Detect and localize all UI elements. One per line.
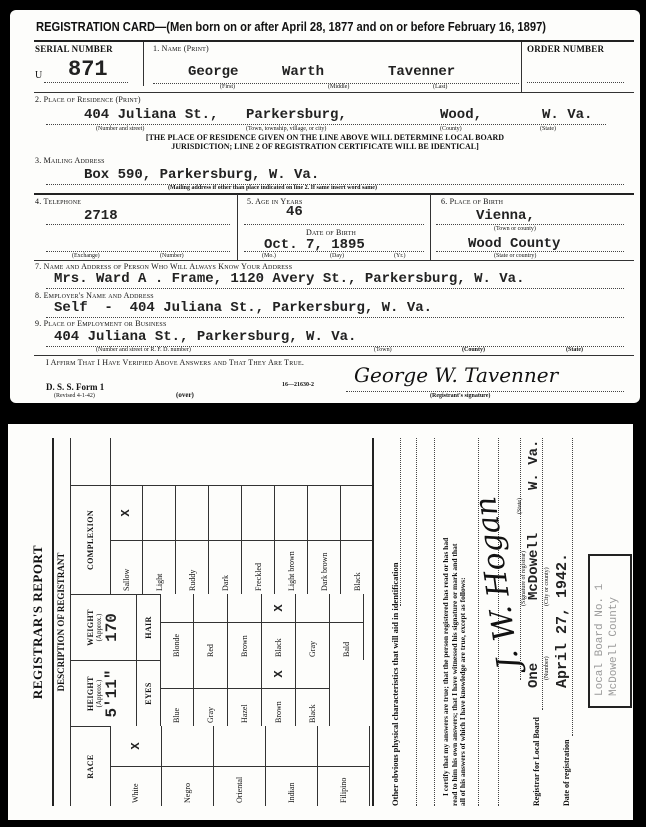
race-option-row: Negro	[162, 726, 214, 806]
dob-label: Date of Birth	[306, 228, 356, 237]
stamp-line-1: Local Board No. 1	[594, 584, 606, 696]
employment-street-caption: (Number and street or R. F. D. number)	[96, 347, 191, 353]
residence-street-caption: (Number and street)	[96, 126, 144, 132]
hair-option-label: Black	[262, 622, 295, 660]
complexion-option-row: Black	[341, 486, 374, 594]
board-state: W. Va.	[526, 440, 542, 490]
race-option-row: WhiteX	[110, 726, 162, 806]
eyes-option-row: Blue	[160, 660, 194, 726]
affirmation-text: I Affirm That I Have Verified Above Answ…	[46, 358, 304, 367]
contact-value: Mrs. Ward A . Frame, 1120 Avery St., Par…	[54, 271, 524, 287]
complexion-option-row: Light	[143, 486, 176, 594]
weight-value: 170	[103, 613, 121, 642]
hair-option-row: BlackX	[262, 594, 296, 660]
over-note: (over)	[176, 391, 194, 399]
telephone-value: 2718	[84, 208, 118, 224]
residence-state-caption: (State)	[540, 126, 556, 132]
race-option-checkbox[interactable]: X	[129, 726, 143, 766]
complexion-option-label: Black	[341, 540, 373, 594]
race-option-label: Indian	[266, 766, 317, 806]
eyes-option-label: Brown	[262, 688, 295, 726]
hair-option-label: Red	[194, 622, 227, 660]
race-option-row: Oriental	[214, 726, 266, 806]
employment-county-caption: (County)	[462, 347, 485, 353]
board-county-caption: (City or county)	[544, 567, 550, 606]
birthplace-label: 6. Place of Birth	[441, 197, 503, 206]
eyes-option-label: Gray	[194, 688, 227, 726]
weight-label: WEIGHT	[86, 609, 95, 646]
name-last: Tavenner	[388, 64, 455, 80]
board-number: One	[526, 663, 542, 688]
hair-option-row: Red	[194, 594, 228, 660]
residence-county: Wood,	[440, 107, 482, 123]
dob-year-caption: (Yr.)	[394, 253, 406, 259]
report-subtitle: DESCRIPTION OF REGISTRANT	[56, 424, 66, 820]
residence-town: Parkersburg,	[246, 107, 347, 123]
form-revised: (Revised 4-1-42)	[54, 393, 95, 399]
weight-cell: WEIGHT (Approx.) 170	[70, 594, 136, 660]
stamp-line-2: McDowell County	[608, 597, 620, 696]
hair-option-label: Bald	[330, 622, 363, 660]
race-option-row: Filipino	[318, 726, 370, 806]
name-first: George	[188, 64, 238, 80]
name-label: 1. Name (Print)	[153, 44, 209, 53]
name-last-caption: (Last)	[433, 84, 447, 90]
residence-street: 404 Juliana St.,	[84, 107, 218, 123]
weight-sub: (Approx.)	[95, 614, 103, 642]
telephone-exchange-caption: (Exchange)	[72, 253, 100, 259]
board-state-caption: (State)	[517, 498, 523, 514]
eyes-option-row: Black	[296, 660, 330, 726]
complexion-option-label: Dark	[209, 540, 241, 594]
serial-number-label: SERIAL NUMBER	[35, 44, 113, 54]
residence-notice-line-1: [THE PLACE OF RESIDENCE GIVEN ON THE LIN…	[10, 133, 640, 142]
complexion-option-label: Sallow	[110, 540, 142, 594]
employer-label: 8. Employer's Name and Address	[35, 291, 154, 300]
registrar-label: Registrar for Local Board	[532, 717, 541, 806]
residence-notice-line-2: JURISDICTION; LINE 2 OF REGISTRATION CER…	[10, 142, 640, 151]
hair-option-label: Gray	[296, 622, 329, 660]
board-number-caption: (Number)	[544, 656, 550, 680]
signature-caption: (Registrant's signature)	[430, 393, 490, 399]
complexion-option-label: Freckled	[242, 540, 274, 594]
rotated-content: REGISTRAR'S REPORT DESCRIPTION OF REGIST…	[8, 424, 633, 820]
employment-value: 404 Juliana St., Parkersburg, W. Va.	[54, 329, 356, 345]
complexion-option-row: Dark	[209, 486, 242, 594]
race-option-label: Negro	[162, 766, 213, 806]
race-header: RACE	[70, 726, 110, 806]
order-number-label: ORDER NUMBER	[527, 44, 604, 54]
registration-card-front: REGISTRATION CARD—(Men born on or after …	[10, 10, 640, 403]
hair-option-checkbox[interactable]: X	[272, 594, 286, 622]
mailing-label: 3. Mailing Address	[35, 156, 105, 165]
complexion-option-label: Ruddy	[176, 540, 208, 594]
local-board-stamp: Local Board No. 1 McDowell County	[588, 554, 632, 708]
dob-day-caption: (Day)	[330, 253, 344, 259]
eyes-option-label: Hazel	[228, 688, 261, 726]
hair-option-label: Blonde	[160, 622, 193, 660]
date-value: April 27, 1942.	[554, 553, 571, 688]
residence-state: W. Va.	[542, 107, 592, 123]
eyes-option-row: Hazel	[228, 660, 262, 726]
eyes-option-label: Black	[296, 688, 329, 726]
print-code: 16—21630-2	[282, 382, 314, 388]
height-cell: HEIGHT (Approx.) 5'11"	[70, 660, 136, 726]
height-label: HEIGHT	[86, 676, 95, 711]
eyes-option-checkbox[interactable]: X	[272, 660, 286, 688]
dob-month-caption: (Mo.)	[262, 253, 276, 259]
complexion-header: COMPLEXION	[70, 486, 110, 594]
registrar-signature: J. W. Hogan	[468, 494, 527, 671]
serial-prefix: U	[35, 70, 42, 81]
hair-option-row: Bald	[330, 594, 364, 660]
complexion-option-label: Dark brown	[308, 540, 340, 594]
hair-header: HAIR	[136, 594, 160, 660]
residence-label: 2. Place of Residence (Print)	[35, 95, 141, 104]
mailing-caption: (Mailing address if other than place ind…	[168, 185, 377, 191]
mailing-value: Box 590, Parkersburg, W. Va.	[84, 167, 319, 183]
complexion-option-row: SallowX	[110, 486, 143, 594]
employment-label: 9. Place of Employment or Business	[35, 319, 166, 328]
hair-option-row: Gray	[296, 594, 330, 660]
residence-town-caption: (Town, township, village, or city)	[246, 126, 326, 132]
birthplace-town: Vienna,	[476, 208, 535, 224]
telephone-number-caption: (Number)	[160, 253, 184, 259]
eyes-header: EYES	[136, 660, 160, 726]
residence-notice: [THE PLACE OF RESIDENCE GIVEN ON THE LIN…	[10, 133, 640, 151]
certification-text: I certify that my answers are true; that…	[442, 538, 468, 806]
height-value: 5'11"	[103, 670, 121, 718]
birthplace-town-caption: (Town or county)	[494, 226, 536, 232]
employment-town-caption: (Town)	[374, 347, 392, 353]
birthplace-state-caption: (State or country)	[494, 253, 536, 259]
report-title: REGISTRAR'S REPORT	[30, 424, 46, 820]
complexion-option-label: Light	[143, 540, 175, 594]
complexion-option-checkbox[interactable]: X	[119, 486, 133, 540]
name-first-caption: (First)	[220, 84, 235, 90]
hair-option-row: Blonde	[160, 594, 194, 660]
other-characteristics-label: Other obvious physical characteristics t…	[390, 562, 400, 806]
employment-state-caption: (State)	[566, 347, 583, 353]
complexion-option-row: Freckled	[242, 486, 275, 594]
registrars-report-back: REGISTRAR'S REPORT DESCRIPTION OF REGIST…	[8, 424, 633, 820]
name-middle-caption: (Middle)	[328, 84, 349, 90]
height-sub: (Approx.)	[95, 680, 103, 708]
registrant-signature: George W. Tavenner	[354, 363, 558, 387]
eyes-option-label: Blue	[160, 688, 193, 726]
serial-number-value: 871	[68, 57, 108, 82]
hair-option-label: Brown	[228, 622, 261, 660]
residence-county-caption: (County)	[440, 126, 462, 132]
eyes-option-row: BrownX	[262, 660, 296, 726]
race-option-label: White	[110, 766, 161, 806]
board-county: McDowell	[526, 533, 542, 600]
form-number: D. S. S. Form 1	[46, 382, 104, 392]
race-option-label: Oriental	[214, 766, 265, 806]
date-label: Date of registration	[562, 740, 571, 807]
certification-line-3: all of his answers of which I have knowl…	[459, 538, 468, 806]
contact-label: 7. Name and Address of Person Who Will A…	[35, 262, 292, 271]
card-title: REGISTRATION CARD—(Men born on or after …	[36, 19, 546, 34]
complexion-option-row: Light brown	[275, 486, 308, 594]
name-middle: Warth	[282, 64, 324, 80]
telephone-label: 4. Telephone	[35, 197, 81, 206]
employer-value: Self - 404 Juliana St., Parkersburg, W. …	[54, 300, 432, 316]
race-option-label: Filipino	[318, 766, 369, 806]
race-option-row: Indian	[266, 726, 318, 806]
complexion-option-label: Light brown	[275, 540, 307, 594]
age-value: 46	[286, 204, 303, 220]
eyes-option-row: Gray	[194, 660, 228, 726]
complexion-option-row: Ruddy	[176, 486, 209, 594]
hair-option-row: Brown	[228, 594, 262, 660]
birthplace-state: Wood County	[468, 236, 560, 252]
complexion-option-row: Dark brown	[308, 486, 341, 594]
